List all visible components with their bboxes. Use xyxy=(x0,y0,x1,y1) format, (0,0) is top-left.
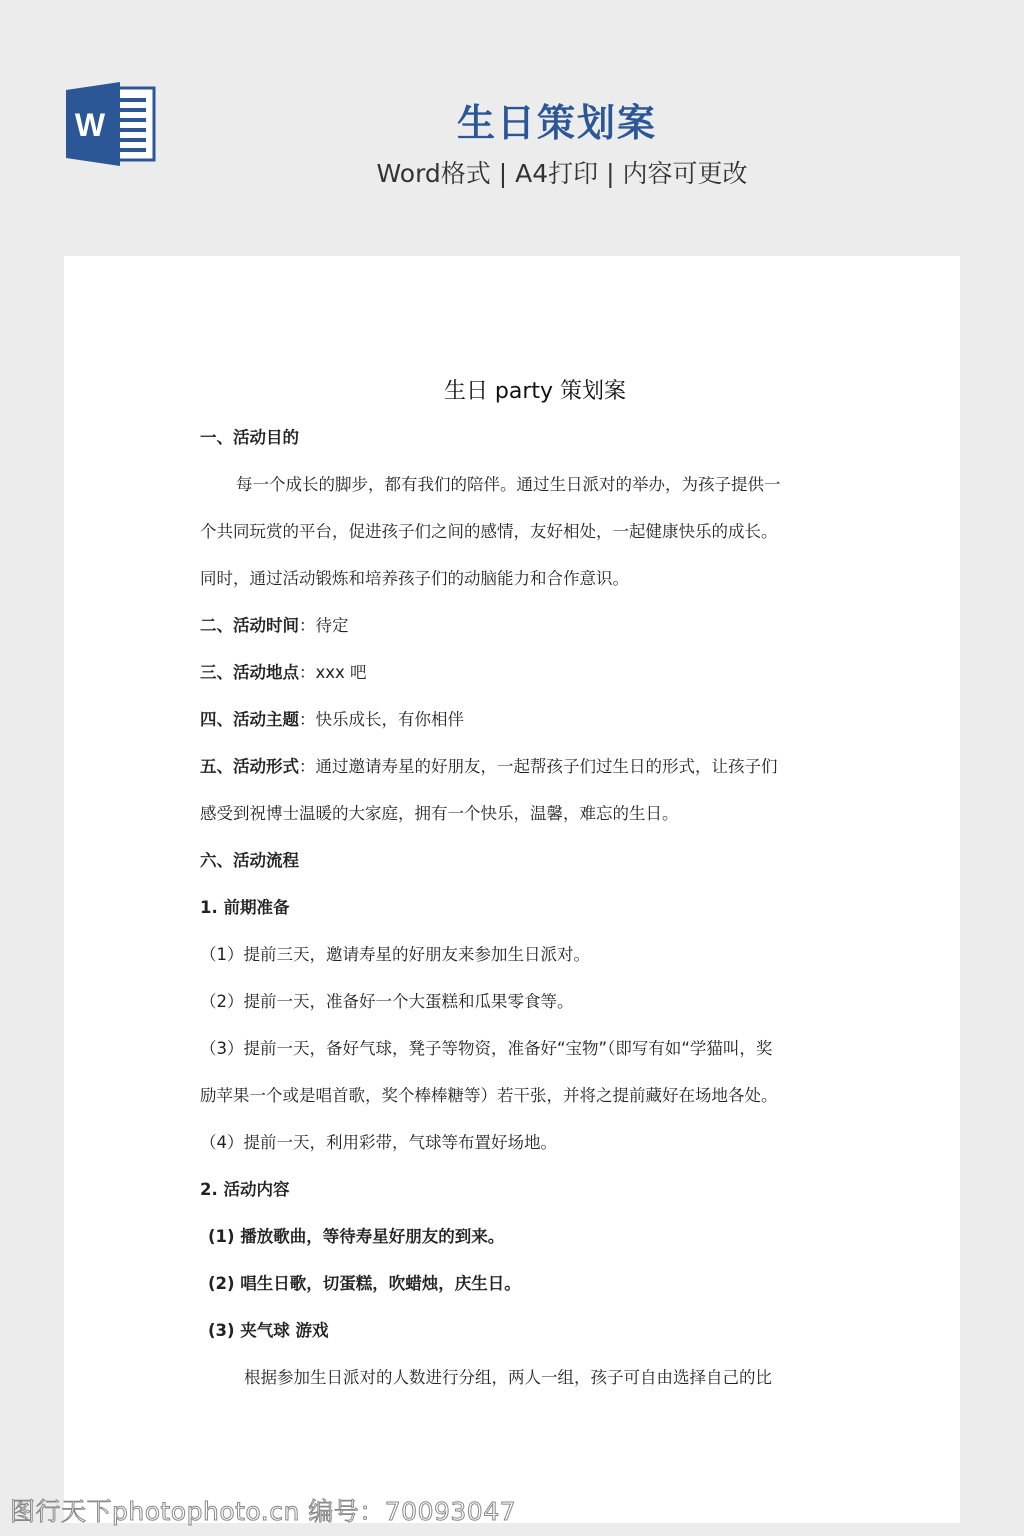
header-subtitle: Word格式 | A4打印 | 内容可更改 xyxy=(0,154,1024,190)
section-value: ：快乐成长，有你相伴 xyxy=(299,710,464,729)
list-item: 励苹果一个或是唱首歌，奖个棒棒糖等）若干张，并将之提前藏好在场地各处。 xyxy=(200,1082,778,1106)
section-value: ：xxx 吧 xyxy=(299,663,367,682)
section-time: 二、活动时间：待定 xyxy=(200,612,349,636)
subheading-content: 2. 活动内容 xyxy=(200,1176,290,1200)
list-item: (3) 夹气球 游戏 xyxy=(200,1317,329,1341)
subheading-preparation: 1. 前期准备 xyxy=(200,894,290,918)
list-item: （4）提前一天，利用彩带，气球等布置好场地。 xyxy=(200,1129,557,1153)
section-label: 三、活动地点 xyxy=(200,663,299,682)
section-value: ：待定 xyxy=(299,616,349,635)
section-label: 五、活动形式 xyxy=(200,757,299,776)
list-item: (2) 唱生日歌，切蛋糕，吹蜡烛，庆生日。 xyxy=(200,1270,521,1294)
list-item: （1）提前三天，邀请寿星的好朋友来参加生日派对。 xyxy=(200,941,590,965)
section-location: 三、活动地点：xxx 吧 xyxy=(200,659,367,683)
list-item: （2）提前一天，准备好一个大蛋糕和瓜果零食等。 xyxy=(200,988,574,1012)
paragraph-line: 个共同玩赏的平台，促进孩子们之间的感情，友好相处，一起健康快乐的成长。 xyxy=(200,518,778,542)
section-heading-process: 六、活动流程 xyxy=(200,847,299,871)
section-label: 四、活动主题 xyxy=(200,710,299,729)
watermark: 图行天下photophoto.cn 编号：70093047 xyxy=(10,1492,516,1528)
document-page: 生日 party 策划案 一、活动目的 每一个成长的脚步，都有我们的陪伴。通过生… xyxy=(64,256,960,1523)
paragraph-line: 根据参加生日派对的人数进行分组，两人一组，孩子可自由选择自己的比 xyxy=(200,1364,772,1388)
section-theme: 四、活动主题：快乐成长，有你相伴 xyxy=(200,706,464,730)
section-format: 五、活动形式：通过邀请寿星的好朋友，一起帮孩子们过生日的形式，让孩子们 xyxy=(200,753,778,777)
list-item: (1) 播放歌曲，等待寿星好朋友的到来。 xyxy=(200,1223,504,1247)
section-value: ：通过邀请寿星的好朋友，一起帮孩子们过生日的形式，让孩子们 xyxy=(299,757,778,776)
document-title: 生日 party 策划案 xyxy=(200,374,870,405)
paragraph-line: 感受到祝博士温暖的大家庭，拥有一个快乐，温馨，难忘的生日。 xyxy=(200,800,679,824)
paragraph-line: 同时，通过活动锻炼和培养孩子们的动脑能力和合作意识。 xyxy=(200,565,629,589)
list-item: （3）提前一天，备好气球，凳子等物资，准备好“宝物”（即写有如“学猫叫，奖 xyxy=(200,1035,772,1059)
section-label: 二、活动时间 xyxy=(200,616,299,635)
header-title: 生日策划案 xyxy=(0,92,1024,147)
paragraph-line: 每一个成长的脚步，都有我们的陪伴。通过生日派对的举办，为孩子提供一 xyxy=(200,471,781,495)
section-heading-purpose: 一、活动目的 xyxy=(200,424,299,448)
